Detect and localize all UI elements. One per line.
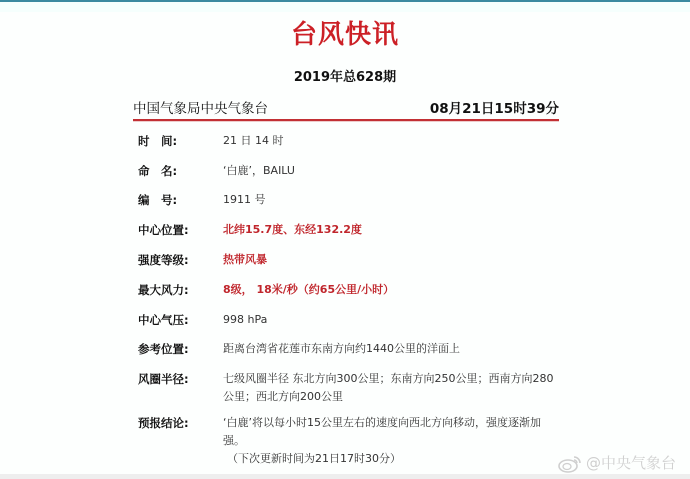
field-value-group: ‘白鹿’将以每小时15公里左右的速度向西北方向移动，强度逐渐加强。 （下次更新时… (223, 414, 558, 468)
field-label: 预报结论: (138, 414, 223, 468)
field-value: ‘白鹿’，BAILU (223, 162, 558, 180)
typhoon-bulletin-page: 台风快讯 2019年总628期 中国气象局中央气象台 08月21日15时39分 … (0, 0, 690, 479)
field-label: 中心位置: (138, 221, 223, 239)
next-update-note: （下次更新时间为21日17时30分） (223, 450, 558, 468)
field-row-name: 命 名: ‘白鹿’，BAILU (138, 162, 558, 180)
field-label: 中心气压: (138, 311, 223, 329)
field-label: 编 号: (138, 191, 223, 209)
header-divider (133, 119, 559, 121)
field-row-max-wind: 最大风力: 8级， 18米/秒（约65公里/小时） (138, 281, 558, 299)
forecast-text: ‘白鹿’将以每小时15公里左右的速度向西北方向移动，强度逐渐加强。 (223, 416, 541, 447)
field-row-center-position: 中心位置: 北纬15.7度、东经132.2度 (138, 221, 558, 239)
weibo-watermark: @中央气象台 (557, 452, 676, 473)
field-row-time: 时 间: 21 日 14 时 (138, 132, 558, 150)
bulletin-title: 台风快讯 (0, 14, 690, 51)
field-label: 风圈半径: (138, 370, 223, 406)
issuer-name: 中国气象局中央气象台 (133, 97, 268, 117)
field-label: 命 名: (138, 162, 223, 180)
field-label: 最大风力: (138, 281, 223, 299)
field-value: 1911 号 (223, 191, 558, 209)
field-value: 21 日 14 时 (223, 132, 558, 150)
weibo-icon (557, 453, 583, 473)
field-value: 8级， 18米/秒（约65公里/小时） (223, 281, 558, 299)
field-row-pressure: 中心气压: 998 hPa (138, 311, 558, 329)
field-label: 时 间: (138, 132, 223, 150)
issue-number: 2019年总628期 (0, 66, 690, 85)
watermark-text: @中央气象台 (586, 452, 676, 473)
top-tint-band (0, 2, 690, 12)
field-row-number: 编 号: 1911 号 (138, 191, 558, 209)
field-row-reference-location: 参考位置: 距离台湾省花莲市东南方向约1440公里的洋面上 (138, 340, 558, 358)
field-value: 998 hPa (223, 311, 558, 329)
field-value: 距离台湾省花莲市东南方向约1440公里的洋面上 (223, 340, 558, 358)
issue-datetime: 08月21日15时39分 (430, 97, 559, 117)
field-value: 热带风暴 (223, 251, 558, 269)
field-label: 参考位置: (138, 340, 223, 358)
field-row-wind-radius: 风圈半径: 七级风圈半径 东北方向300公里；东南方向250公里；西南方向280… (138, 370, 558, 406)
field-row-forecast: 预报结论: ‘白鹿’将以每小时15公里左右的速度向西北方向移动，强度逐渐加强。 … (138, 414, 558, 468)
field-value: 北纬15.7度、东经132.2度 (223, 221, 558, 239)
field-row-intensity: 强度等级: 热带风暴 (138, 251, 558, 269)
field-label: 强度等级: (138, 251, 223, 269)
field-value: 七级风圈半径 东北方向300公里；东南方向250公里；西南方向280公里；西北方… (223, 370, 558, 406)
footer-band (0, 474, 690, 479)
bulletin-header-row: 中国气象局中央气象台 08月21日15时39分 (133, 97, 559, 117)
